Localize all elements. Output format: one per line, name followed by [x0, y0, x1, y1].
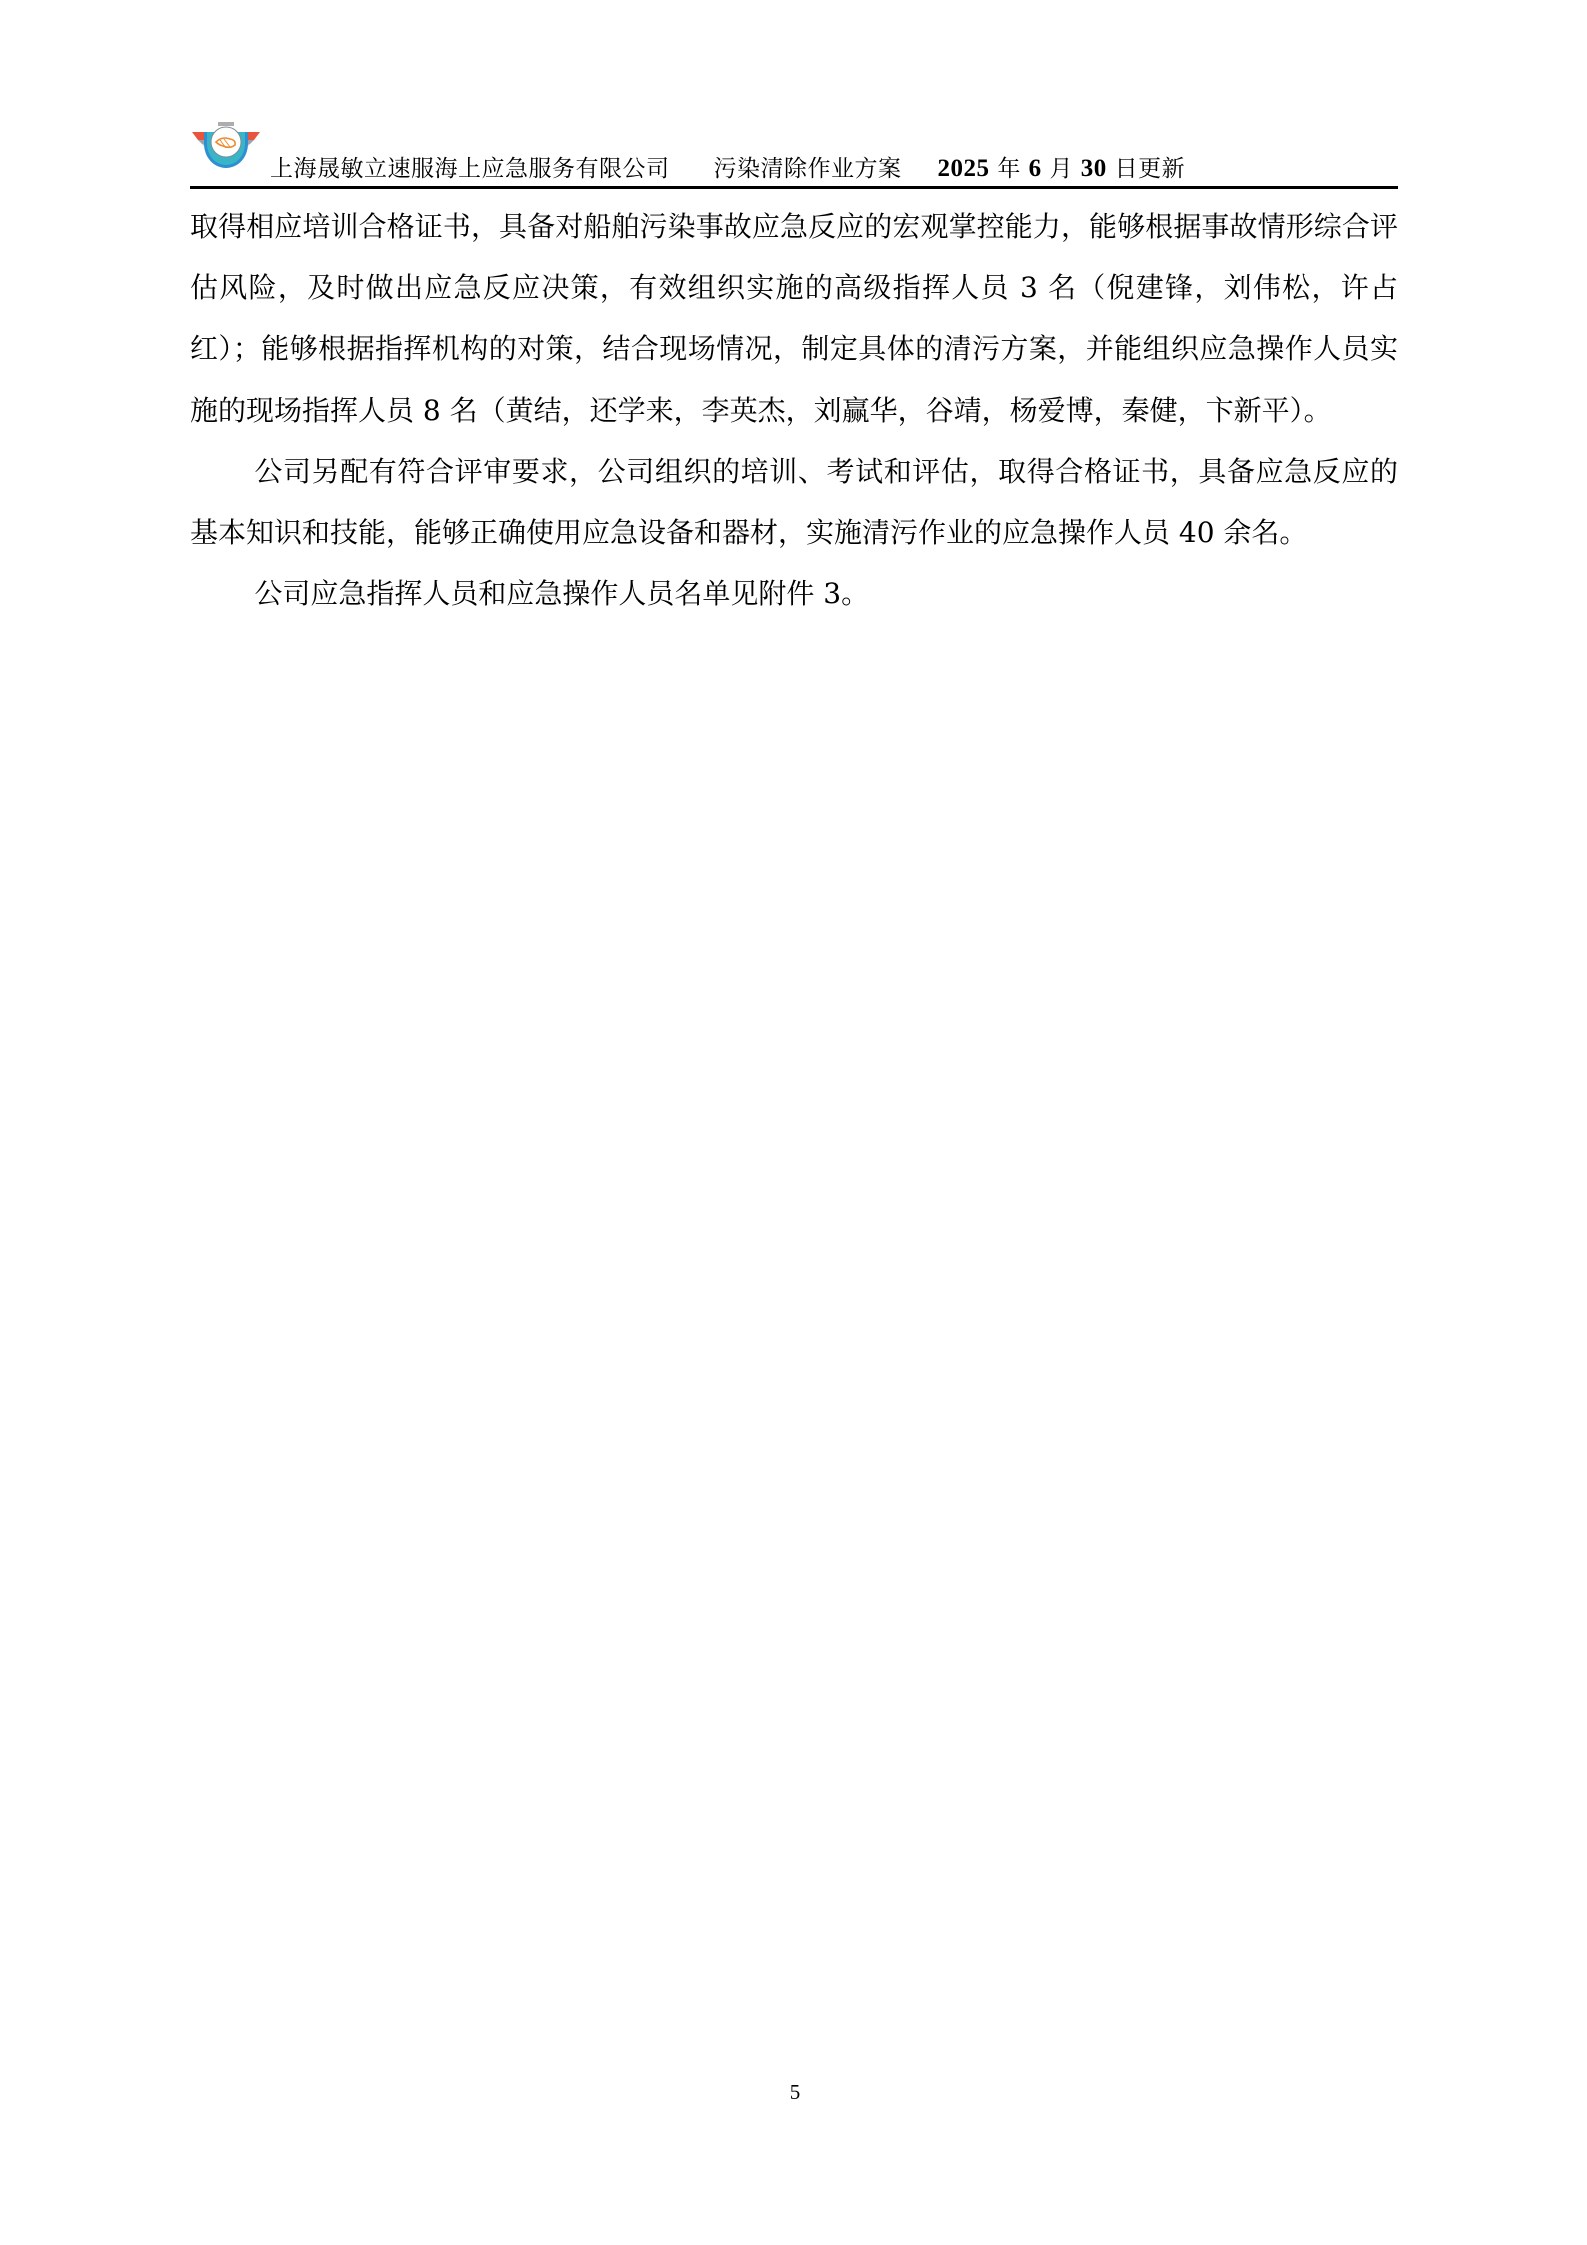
company-name: 上海晟敏立速服海上应急服务有限公司 [270, 156, 670, 182]
update-date: 2025 年 6 月 30 日更新 [938, 156, 1186, 182]
paragraph-commanders: 取得相应培训合格证书，具备对船舶污染事故应急反应的宏观掌控能力，能够根据事故情形… [190, 196, 1398, 441]
document-title: 污染清除作业方案 [714, 156, 902, 182]
company-logo-icon [190, 120, 262, 170]
paragraph-appendix-reference: 公司应急指挥人员和应急操作人员名单见附件 3。 [190, 563, 1398, 624]
page-header: 上海晟敏立速服海上应急服务有限公司污染清除作业方案2025 年 6 月 30 日… [190, 118, 1398, 188]
header-divider [190, 186, 1398, 189]
page-number: 5 [783, 2080, 807, 2105]
paragraph-operators: 公司另配有符合评审要求，公司组织的培训、考试和评估，取得合格证书，具备应急反应的… [190, 441, 1398, 563]
header-title-line: 上海晟敏立速服海上应急服务有限公司污染清除作业方案2025 年 6 月 30 日… [270, 154, 1185, 184]
document-body: 取得相应培训合格证书，具备对船舶污染事故应急反应的宏观掌控能力，能够根据事故情形… [190, 196, 1398, 624]
